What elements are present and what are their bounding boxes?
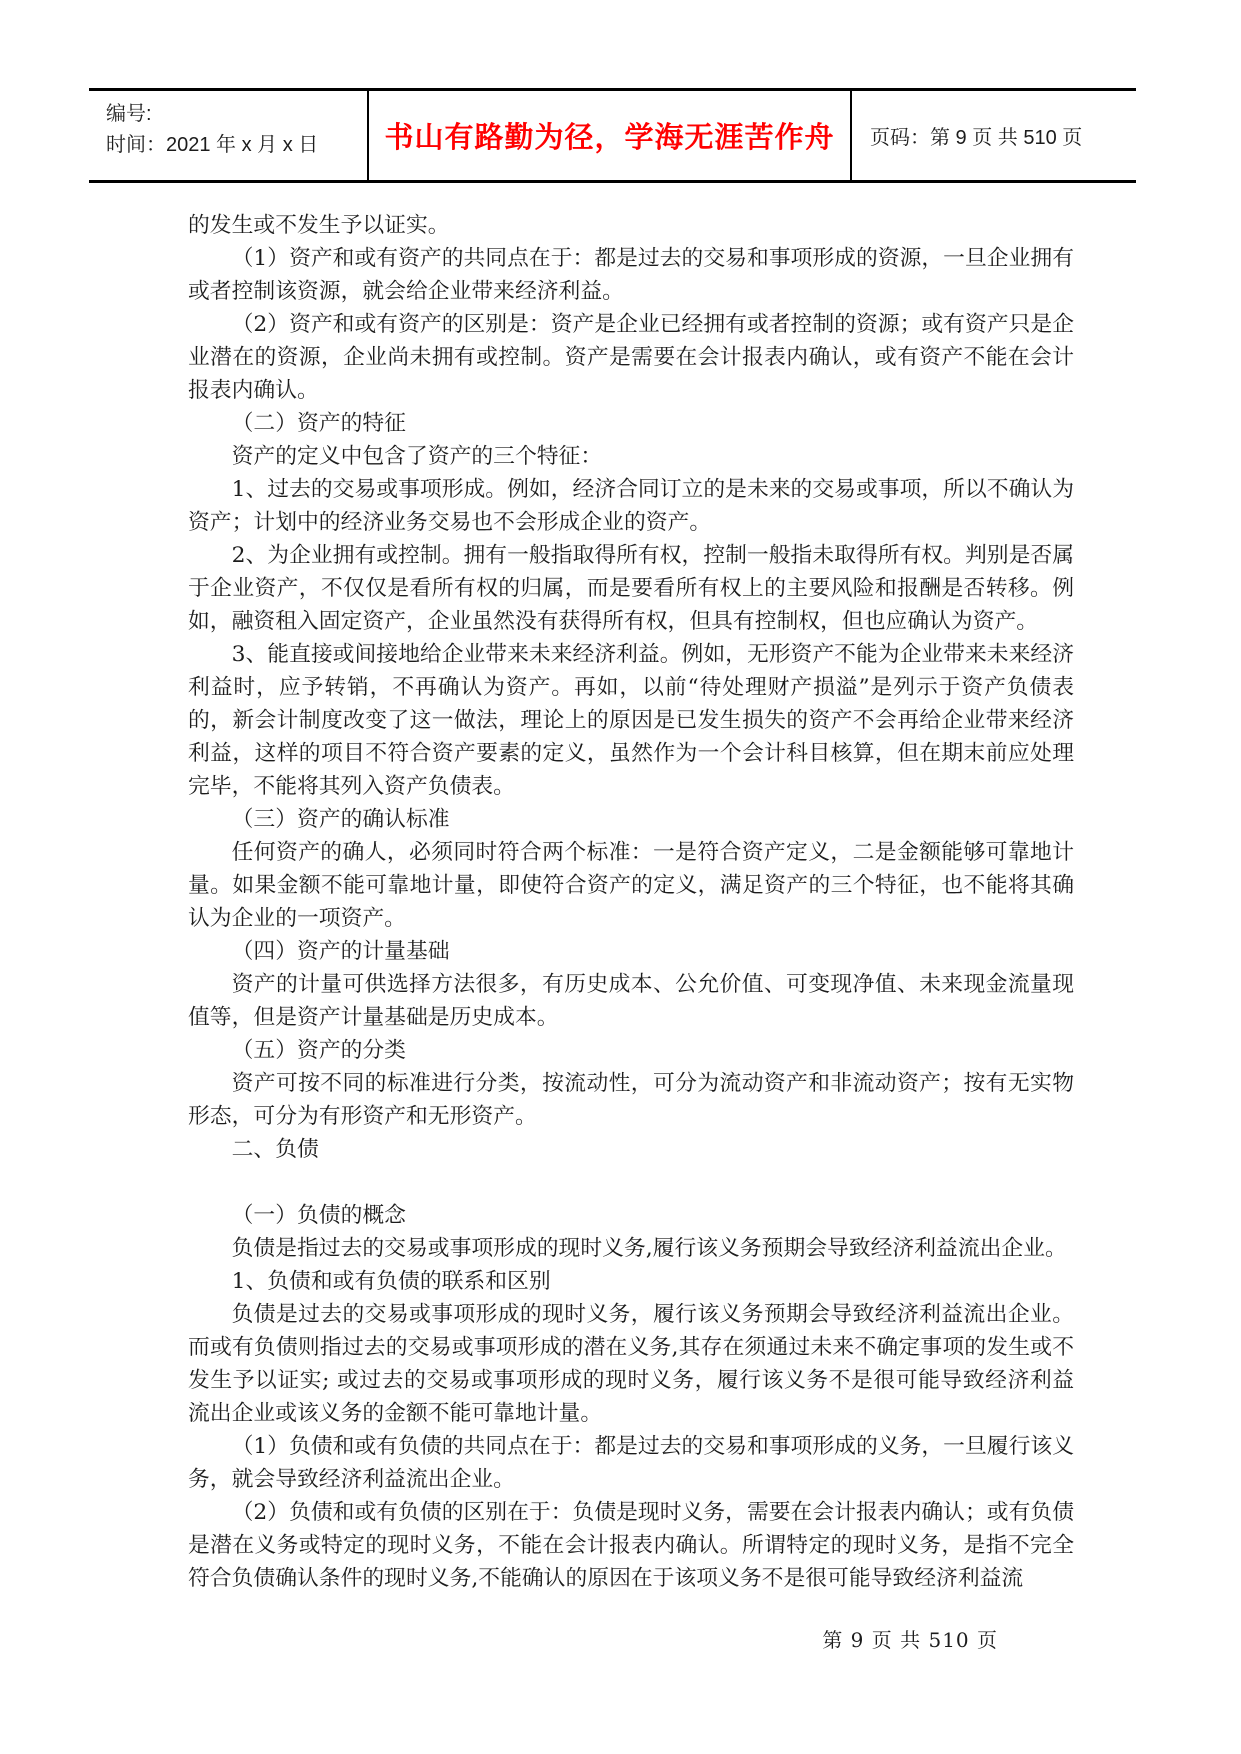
header-cell-page-number: 页码：第 9 页 共 510 页	[852, 91, 1136, 180]
body-paragraph: （1）资产和或有资产的共同点在于：都是过去的交易和事项形成的资源，一旦企业拥有或…	[188, 242, 1074, 308]
header-cell-meta: 编号: 时间：2021 年 x 月 x 日	[89, 91, 367, 180]
header-banner-motto: 书山有路勤为径，学海无涯苦作舟	[384, 115, 834, 156]
header-page-number-label: 页码：第 9 页 共 510 页	[870, 121, 1082, 150]
body-paragraph: 资产的计量可供选择方法很多，有历史成本、公允价值、可变现净值、未来现金流量现值等…	[188, 968, 1074, 1034]
body-paragraph: （2）负债和或有负债的区别在于：负债是现时义务，需要在会计报表内确认；或有负债是…	[188, 1496, 1074, 1595]
footer-page-number: 第 9 页 共 510 页	[188, 1624, 998, 1657]
body-paragraph: 资产的定义中包含了资产的三个特征：	[188, 440, 1074, 473]
body-paragraph: （2）资产和或有资产的区别是：资产是企业已经拥有或者控制的资源；或有资产只是企业…	[188, 308, 1074, 407]
body-paragraph: （二）资产的特征	[188, 407, 1074, 440]
body-paragraph: 负债是过去的交易或事项形成的现时义务，履行该义务预期会导致经济利益流出企业。而或…	[188, 1298, 1074, 1430]
body-paragraph: 3、能直接或间接地给企业带来未来经济利益。例如，无形资产不能为企业带来未来经济利…	[188, 638, 1074, 803]
body-paragraph: 1、过去的交易或事项形成。例如，经济合同订立的是未来的交易或事项，所以不确认为资…	[188, 473, 1074, 539]
body-paragraph: 资产可按不同的标准进行分类，按流动性，可分为流动资产和非流动资产；按有无实物形态…	[188, 1067, 1074, 1133]
header-cell-banner: 书山有路勤为径，学海无涯苦作舟	[367, 91, 852, 180]
body-paragraph: 二、负债	[188, 1133, 1074, 1166]
header-number-label: 编号:	[106, 99, 367, 130]
body-paragraph: （一）负债的概念	[188, 1199, 1074, 1232]
body-paragraph: （四）资产的计量基础	[188, 935, 1074, 968]
body-paragraph: （五）资产的分类	[188, 1034, 1074, 1067]
document-body: 的发生或不发生予以证实。（1）资产和或有资产的共同点在于：都是过去的交易和事项形…	[188, 209, 1074, 1595]
body-paragraph: 负债是指过去的交易或事项形成的现时义务,履行该义务预期会导致经济利益流出企业。	[188, 1232, 1074, 1265]
header-table: 编号: 时间：2021 年 x 月 x 日 书山有路勤为径，学海无涯苦作舟 页码…	[89, 88, 1136, 183]
header-date-label: 时间：2021 年 x 月 x 日	[106, 130, 367, 161]
body-paragraph	[188, 1166, 1074, 1199]
body-paragraph: （1）负债和或有负债的共同点在于：都是过去的交易和事项形成的义务，一旦履行该义务…	[188, 1430, 1074, 1496]
document-page: 编号: 时间：2021 年 x 月 x 日 书山有路勤为径，学海无涯苦作舟 页码…	[0, 0, 1241, 1754]
body-paragraph: 2、为企业拥有或控制。拥有一般指取得所有权，控制一般指未取得所有权。判别是否属于…	[188, 539, 1074, 638]
body-paragraph: 1、负债和或有负债的联系和区别	[188, 1265, 1074, 1298]
body-paragraph: 任何资产的确人，必须同时符合两个标准：一是符合资产定义，二是金额能够可靠地计量。…	[188, 836, 1074, 935]
body-paragraph: （三）资产的确认标准	[188, 803, 1074, 836]
body-paragraph: 的发生或不发生予以证实。	[188, 209, 1074, 242]
